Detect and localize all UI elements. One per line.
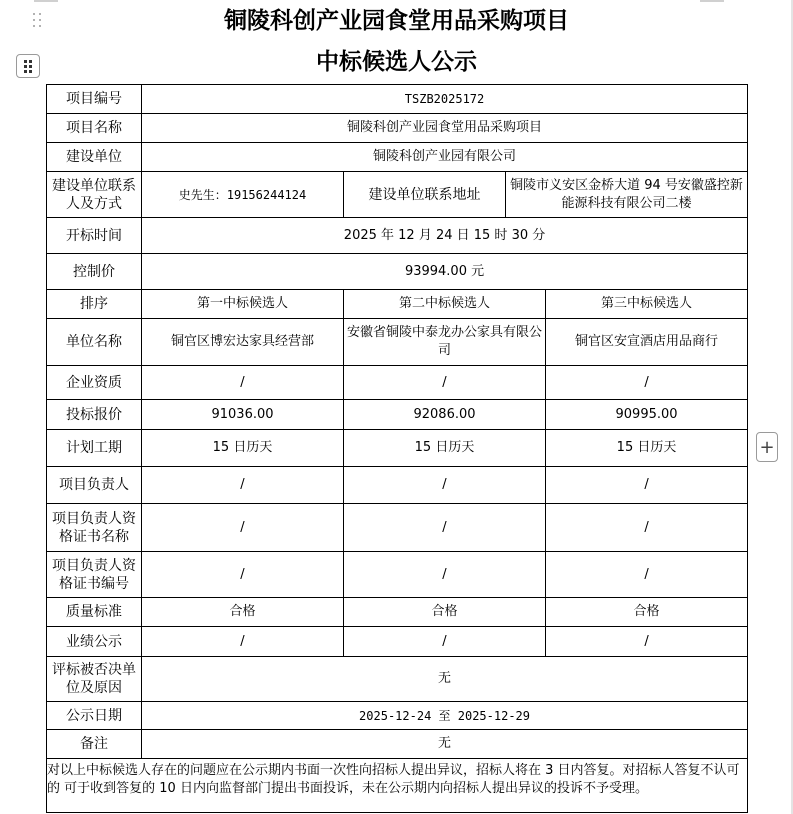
- plus-icon: +: [759, 437, 774, 458]
- publicity-date-value: 2025-12-24 至 2025-12-29: [142, 702, 748, 730]
- table-row: 业绩公示 / / /: [47, 627, 748, 657]
- cell: /: [546, 627, 748, 657]
- owner-label: 建设单位: [47, 143, 142, 172]
- rank-label: 排序: [47, 290, 142, 319]
- cell: 铜官区安宣酒店用品商行: [546, 319, 748, 366]
- cell: 安徽省铜陵中泰龙办公家具有限公司: [344, 319, 546, 366]
- table-row: 项目负责人资格证书名称 / / /: [47, 504, 748, 552]
- cell: /: [546, 504, 748, 552]
- table-row: 项目编号 TSZB2025172: [47, 85, 748, 114]
- remarks-value: 无: [142, 730, 748, 759]
- cell: 90995.00: [546, 400, 748, 430]
- table-row: 对以上中标候选人存在的问题应在公示期内书面一次性向招标人提出异议，招标人将在 3…: [47, 759, 748, 813]
- table-row: 开标时间 2025 年 12 月 24 日 15 时 30 分: [47, 218, 748, 254]
- cell: 91036.00: [142, 400, 344, 430]
- document-subtitle: 中标候选人公示: [0, 47, 793, 77]
- top-tab-left: [34, 0, 58, 2]
- project-no-value: TSZB2025172: [142, 85, 748, 114]
- row-label: 计划工期: [47, 430, 142, 467]
- cell: /: [546, 366, 748, 400]
- table-row: 质量标准 合格 合格 合格: [47, 598, 748, 627]
- address-value: 铜陵市义安区金桥大道 94 号安徽盛控新能源科技有限公司二楼: [506, 172, 748, 218]
- row-label: 项目负责人资格证书名称: [47, 504, 142, 552]
- open-time-label: 开标时间: [47, 218, 142, 254]
- cell: /: [142, 366, 344, 400]
- control-price-value: 93994.00 元: [142, 254, 748, 290]
- table-row: 排序 第一中标候选人 第二中标候选人 第三中标候选人: [47, 290, 748, 319]
- cell: 合格: [546, 598, 748, 627]
- cell: /: [344, 366, 546, 400]
- cell: 合格: [344, 598, 546, 627]
- project-name-label: 项目名称: [47, 114, 142, 143]
- row-label: 项目负责人资格证书编号: [47, 552, 142, 598]
- document-title: 铜陵科创产业园食堂用品采购项目: [0, 6, 793, 36]
- rejected-label: 评标被否决单位及原因: [47, 657, 142, 702]
- project-no-label: 项目编号: [47, 85, 142, 114]
- table-row: 项目负责人 / / /: [47, 467, 748, 504]
- cell: /: [142, 627, 344, 657]
- row-label: 投标报价: [47, 400, 142, 430]
- cell: 15 日历天: [546, 430, 748, 467]
- table-row: 企业资质 / / /: [47, 366, 748, 400]
- objection-notice: 对以上中标候选人存在的问题应在公示期内书面一次性向招标人提出异议，招标人将在 3…: [47, 759, 748, 813]
- top-tab-right: [700, 0, 724, 2]
- cell: 合格: [142, 598, 344, 627]
- cell: /: [344, 504, 546, 552]
- cell: /: [344, 552, 546, 598]
- table-row: 控制价 93994.00 元: [47, 254, 748, 290]
- table-row: 单位名称 铜官区博宏达家具经营部 安徽省铜陵中泰龙办公家具有限公司 铜官区安宣酒…: [47, 319, 748, 366]
- cell: 15 日历天: [142, 430, 344, 467]
- table-row: 投标报价 91036.00 92086.00 90995.00: [47, 400, 748, 430]
- owner-value: 铜陵科创产业园有限公司: [142, 143, 748, 172]
- table-row: 计划工期 15 日历天 15 日历天 15 日历天: [47, 430, 748, 467]
- address-label: 建设单位联系地址: [344, 172, 506, 218]
- cell: /: [546, 552, 748, 598]
- cell: /: [142, 504, 344, 552]
- cell: 铜官区博宏达家具经营部: [142, 319, 344, 366]
- control-price-label: 控制价: [47, 254, 142, 290]
- candidate-3-header: 第三中标候选人: [546, 290, 748, 319]
- rejected-value: 无: [142, 657, 748, 702]
- cell: 92086.00: [344, 400, 546, 430]
- cell: /: [546, 467, 748, 504]
- row-label: 企业资质: [47, 366, 142, 400]
- table-row: 建设单位 铜陵科创产业园有限公司: [47, 143, 748, 172]
- publicity-date-label: 公示日期: [47, 702, 142, 730]
- candidate-2-header: 第二中标候选人: [344, 290, 546, 319]
- table-row: 项目负责人资格证书编号 / / /: [47, 552, 748, 598]
- cell: /: [344, 467, 546, 504]
- contact-label: 建设单位联系人及方式: [47, 172, 142, 218]
- row-label: 质量标准: [47, 598, 142, 627]
- add-column-button[interactable]: +: [756, 432, 778, 462]
- candidate-notice-table: 项目编号 TSZB2025172 项目名称 铜陵科创产业园食堂用品采购项目 建设…: [46, 84, 748, 813]
- open-time-value: 2025 年 12 月 24 日 15 时 30 分: [142, 218, 748, 254]
- table-row: 备注 无: [47, 730, 748, 759]
- table-row: 评标被否决单位及原因 无: [47, 657, 748, 702]
- contact-value: 史先生：19156244124: [142, 172, 344, 218]
- table-row: 建设单位联系人及方式 史先生：19156244124 建设单位联系地址 铜陵市义…: [47, 172, 748, 218]
- table-row: 公示日期 2025-12-24 至 2025-12-29: [47, 702, 748, 730]
- cell: /: [142, 552, 344, 598]
- cell: 15 日历天: [344, 430, 546, 467]
- row-label: 项目负责人: [47, 467, 142, 504]
- table-row: 项目名称 铜陵科创产业园食堂用品采购项目: [47, 114, 748, 143]
- row-label: 业绩公示: [47, 627, 142, 657]
- row-label: 单位名称: [47, 319, 142, 366]
- remarks-label: 备注: [47, 730, 142, 759]
- project-name-value: 铜陵科创产业园食堂用品采购项目: [142, 114, 748, 143]
- candidate-1-header: 第一中标候选人: [142, 290, 344, 319]
- cell: /: [142, 467, 344, 504]
- cell: /: [344, 627, 546, 657]
